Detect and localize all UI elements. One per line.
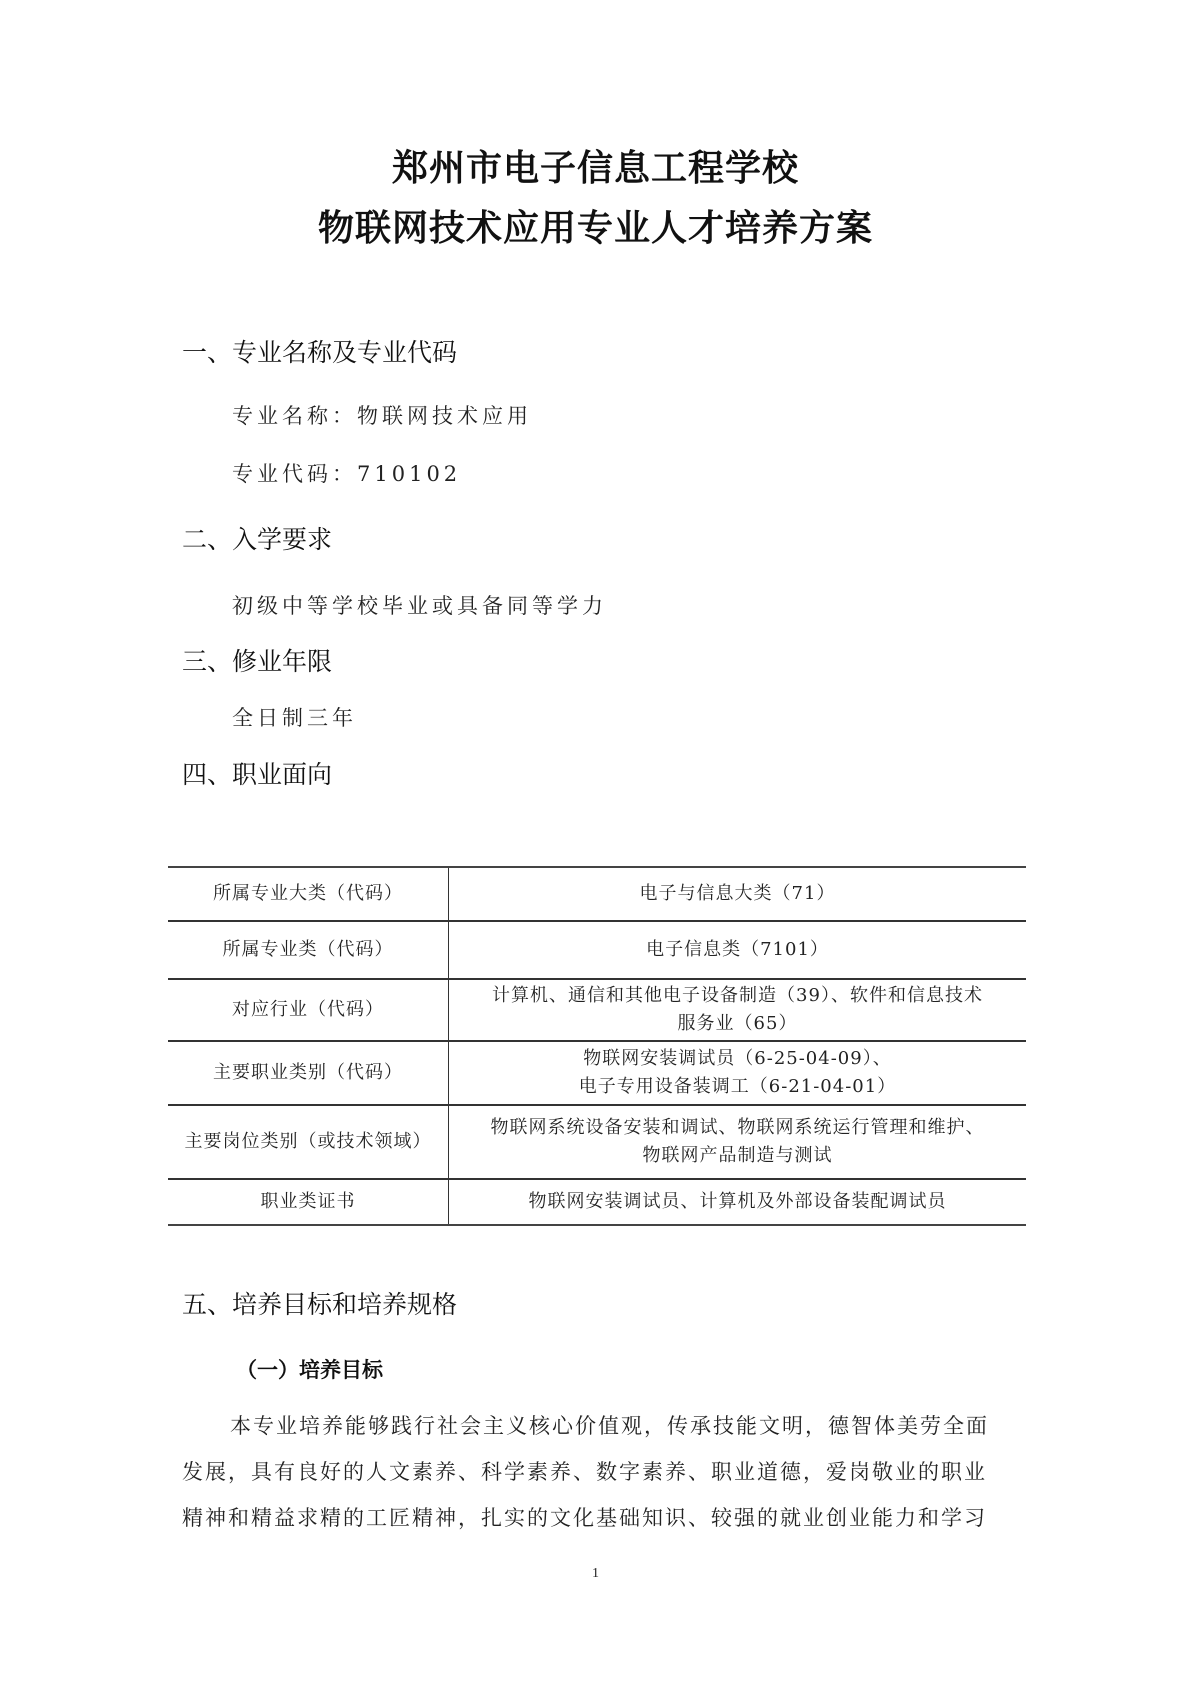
section-heading-4: 四、职业面向 — [182, 755, 332, 791]
table-row: 对应行业（代码） 计算机、通信和其他电子设备制造（39）、软件和信息技术服务业（… — [168, 979, 1026, 1041]
page-number: 1 — [0, 1566, 1191, 1582]
table-value: 电子与信息大类（71） — [449, 867, 1027, 921]
career-orientation-table: 所属专业大类（代码） 电子与信息大类（71） 所属专业类（代码） 电子信息类（7… — [168, 866, 1026, 1226]
table-row: 所属专业类（代码） 电子信息类（7101） — [168, 921, 1026, 979]
table-row: 主要岗位类别（或技术领域） 物联网系统设备安装和调试、物联网系统运行管理和维护、… — [168, 1105, 1026, 1179]
table-key: 所属专业大类（代码） — [168, 867, 449, 921]
section-heading-3: 三、修业年限 — [182, 642, 332, 678]
table-row: 主要职业类别（代码） 物联网安装调试员（6-25-04-09）、电子专用设备装调… — [168, 1041, 1026, 1105]
section-heading-1: 一、专业名称及专业代码 — [182, 333, 457, 369]
table-key: 对应行业（代码） — [168, 979, 449, 1041]
table-value: 电子信息类（7101） — [449, 921, 1027, 979]
section-heading-2: 二、入学要求 — [182, 520, 332, 556]
table-value: 物联网安装调试员、计算机及外部设备装配调试员 — [449, 1179, 1027, 1225]
document-title-school: 郑州市电子信息工程学校 — [0, 140, 1191, 191]
section-heading-5: 五、培养目标和培养规格 — [182, 1285, 457, 1321]
table-row: 所属专业大类（代码） 电子与信息大类（71） — [168, 867, 1026, 921]
major-name: 专业名称：物联网技术应用 — [232, 400, 532, 430]
subsection-heading-goals: （一）培养目标 — [236, 1354, 383, 1384]
table-key: 主要岗位类别（或技术领域） — [168, 1105, 449, 1179]
table-key: 主要职业类别（代码） — [168, 1041, 449, 1105]
training-goals-paragraph: 本专业培养能够践行社会主义核心价值观，传承技能文明，德智体美劳全面 发展，具有良… — [182, 1403, 1020, 1541]
table-key: 所属专业类（代码） — [168, 921, 449, 979]
document-title-plan: 物联网技术应用专业人才培养方案 — [0, 200, 1191, 251]
table-key: 职业类证书 — [168, 1179, 449, 1225]
study-duration: 全日制三年 — [232, 702, 357, 732]
admission-requirement: 初级中等学校毕业或具备同等学力 — [232, 590, 607, 620]
major-code: 专业代码：710102 — [232, 458, 461, 488]
table-value: 物联网安装调试员（6-25-04-09）、电子专用设备装调工（6-21-04-0… — [449, 1041, 1027, 1105]
table-row: 职业类证书 物联网安装调试员、计算机及外部设备装配调试员 — [168, 1179, 1026, 1225]
table-value: 物联网系统设备安装和调试、物联网系统运行管理和维护、物联网产品制造与测试 — [449, 1105, 1027, 1179]
table-value: 计算机、通信和其他电子设备制造（39）、软件和信息技术服务业（65） — [449, 979, 1027, 1041]
